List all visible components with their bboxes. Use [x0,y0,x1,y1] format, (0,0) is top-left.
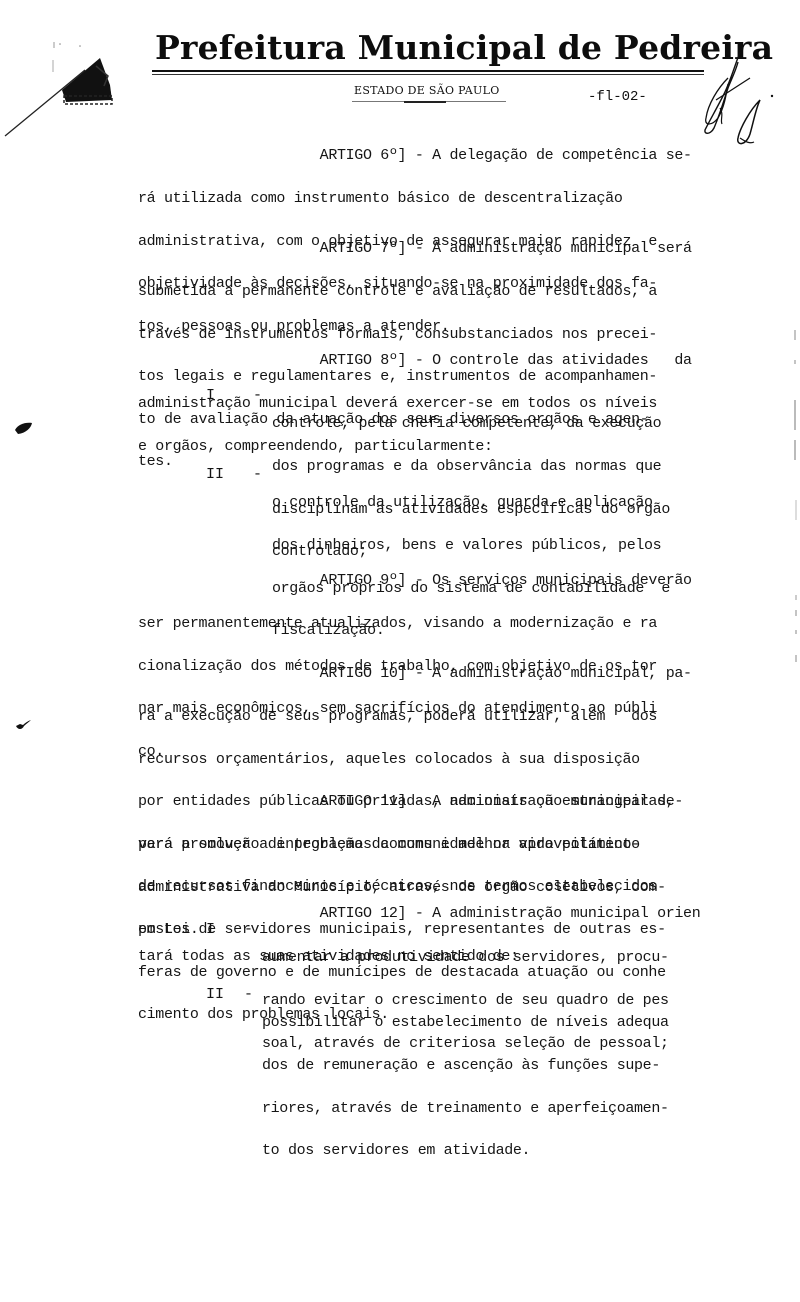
page-title: Prefeitura Municipal de Pedreira [155,30,703,66]
item-numeral: II [206,468,224,482]
item-numeral: I [206,389,215,403]
article-6-line: ARTIGO 6º] - A delegação de competência … [138,149,738,163]
title-rule-thick [152,70,704,72]
article-10-line: recursos orçamentários, aqueles colocado… [138,753,738,767]
punch-hole-mark-icon [12,420,36,438]
article-9-line: ARTIGO 9º] - Os serviços municipais deve… [138,574,738,588]
title-rule-thin [152,74,704,75]
coat-of-arms-logo-icon [0,30,120,140]
article-12-line: ARTIGO 12] - A administração municipal o… [138,907,738,921]
item-dash: - [253,468,262,482]
item-text: possibilitar o estabelecimento de níveis… [262,988,732,1187]
folio-number: -fl-02- [588,89,647,105]
state-underline-accent [404,101,446,103]
document-page: Prefeitura Municipal de Pedreira ESTADO … [0,0,800,1302]
item-numeral: I [206,923,215,937]
scan-edge-artifact-icon [790,320,800,740]
punch-hole-mark-icon [14,716,34,734]
item-dash: - [253,389,262,403]
article-11-line: ARTIGO 11] - A administração municipal d… [138,795,738,809]
article-11-line: verá promover a integração da comunidade… [138,838,738,852]
item-numeral: II [206,988,224,1002]
article-8-line: ARTIGO 8º] - O controle das atividades d… [138,354,738,368]
item-line: to dos servidores em atividade. [262,1144,732,1158]
article-7-line: submetida a permanente controle e avalia… [138,285,738,299]
item-line: riores, através de treinamento e aperfei… [262,1102,732,1116]
item-line: aumentar a produtividade dos servidores,… [262,951,732,965]
item-line: controle, pela chefia competente, da exe… [272,417,742,431]
article-7-line: ARTIGO 7º] - À administração municipal s… [138,242,738,256]
item-line: dos de remuneração e ascenção às funções… [262,1059,732,1073]
item-dash: - [244,988,253,1002]
article-6-line: rá utilizada como instrumento básico de … [138,192,738,206]
state-subtitle: ESTADO DE SÃO PAULO [354,84,500,97]
article-9-line: ser permanentemente atualizados, visando… [138,617,738,631]
item-dash: - [244,923,253,937]
article-10-line: ra a execução de seus programas, poderá … [138,710,738,724]
article-10-line: ARTIGO 10] - A administração municipal, … [138,667,738,681]
item-line: o controle da utilização, guarda e aplic… [272,496,742,510]
item-line: possibilitar o estabelecimento de níveis… [262,1016,732,1030]
